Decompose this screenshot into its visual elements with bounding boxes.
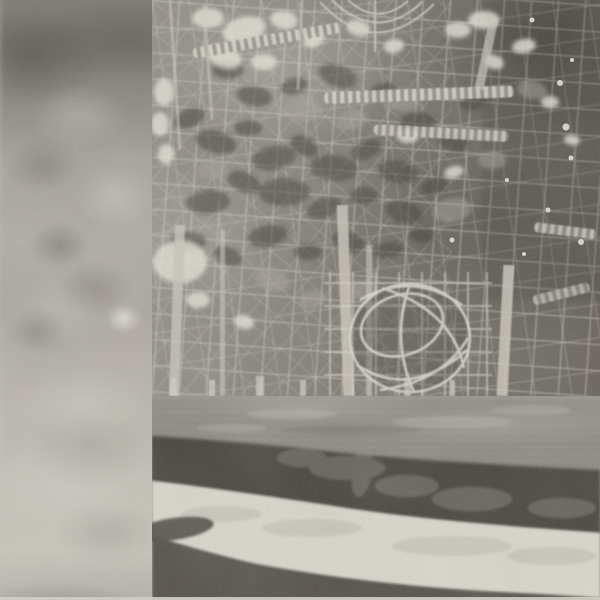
beach-wave-photo [152,396,600,600]
shadow-upper-right [482,0,600,300]
foam-texture-layer [0,0,152,600]
lobster-traps-photo [152,0,600,396]
net-funnel [350,283,470,392]
surf-foam-photo [0,0,152,600]
beach-detail-drawing [152,396,600,600]
sea-streaks [197,405,572,435]
photo-collage [0,0,600,600]
traps-detail-drawing [152,0,600,396]
